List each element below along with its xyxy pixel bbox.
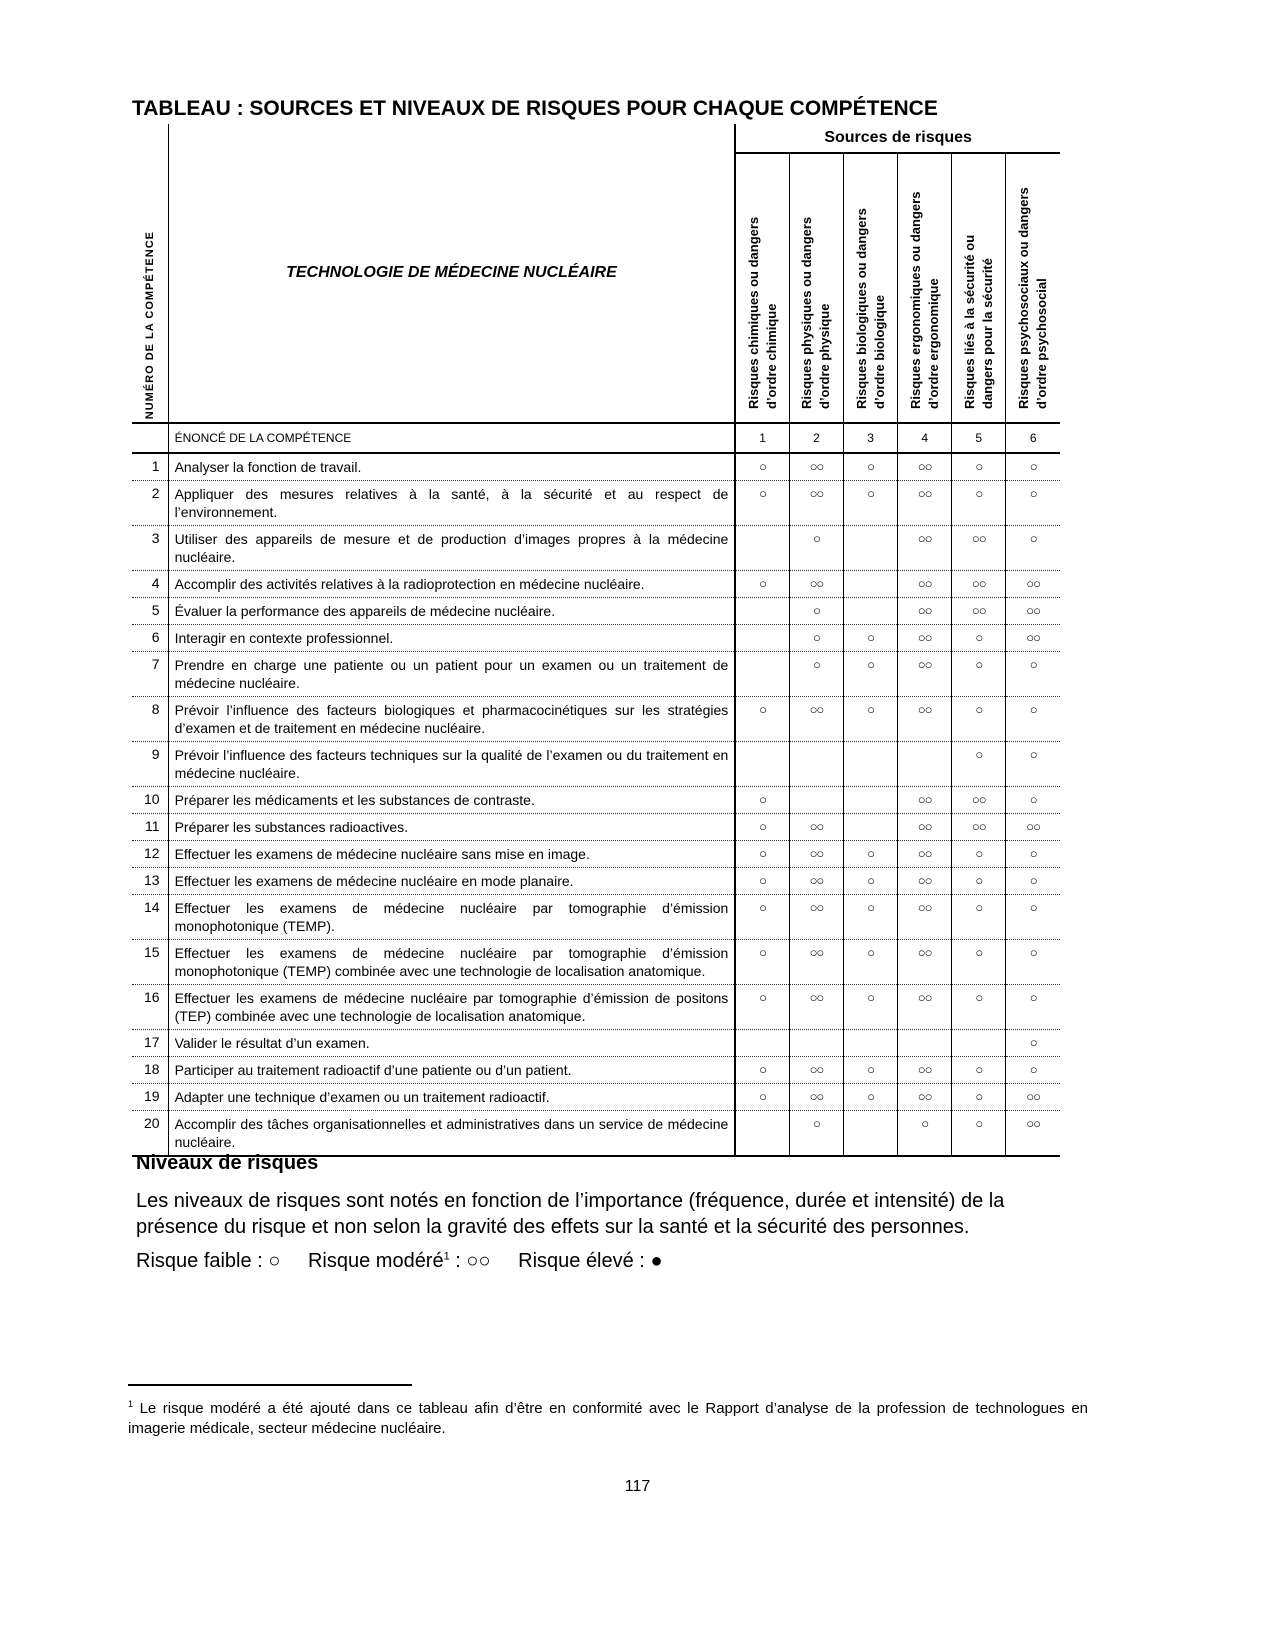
document-page: TABLEAU : SOURCES ET NIVEAUX DE RISQUES …: [0, 0, 1275, 1651]
competency-statement: Effectuer les examens de médecine nucléa…: [168, 841, 735, 868]
program-name: TECHNOLOGIE DE MÉDECINE NUCLÉAIRE: [168, 124, 735, 423]
risk-level-cell: ○: [735, 453, 789, 481]
risk-level-cell: [789, 787, 843, 814]
risk-level-cell: ○○: [1006, 625, 1060, 652]
risk-level-cell: ○○: [952, 814, 1006, 841]
low-risk-icon: ○: [268, 1250, 280, 1272]
risk-level-cell: ○: [844, 453, 898, 481]
risk-level-cell: ○○: [898, 1057, 952, 1084]
competency-statement: Effectuer les examens de médecine nucléa…: [168, 985, 735, 1030]
risk-column-number: 5: [952, 423, 1006, 453]
risk-level-cell: ○○: [952, 787, 1006, 814]
high-risk-icon: ●: [650, 1250, 662, 1272]
competency-number: 1: [132, 453, 168, 481]
risk-level-cell: [844, 571, 898, 598]
table-row: 3Utiliser des appareils de mesure et de …: [132, 526, 1060, 571]
risk-level-cell: ○○: [1006, 598, 1060, 625]
risk-level-cell: ○○: [1006, 571, 1060, 598]
risk-column-number: 3: [844, 423, 898, 453]
risk-level-cell: [735, 1111, 789, 1157]
competency-number: 11: [132, 814, 168, 841]
risk-level-cell: ○: [952, 1057, 1006, 1084]
risk-level-cell: ○○: [789, 1057, 843, 1084]
competency-number-header: NUMÉRO DE LA COMPÉTENCE: [132, 124, 168, 423]
risk-column-header: Risques psychosociaux ou dangers d’ordre…: [1006, 153, 1060, 423]
risk-level-cell: ○○: [952, 598, 1006, 625]
competency-statement: Prévoir l’influence des facteurs biologi…: [168, 697, 735, 742]
table-row: 2Appliquer des mesures relatives à la sa…: [132, 481, 1060, 526]
risk-level-cell: [844, 814, 898, 841]
risk-level-cell: ○○: [789, 841, 843, 868]
risk-level-cell: ○○: [898, 985, 952, 1030]
risk-level-cell: [735, 625, 789, 652]
risk-level-cell: ○: [1006, 1030, 1060, 1057]
risk-column-header: Risques physiques ou dangers d’ordre phy…: [789, 153, 843, 423]
risk-table: NUMÉRO DE LA COMPÉTENCE TECHNOLOGIE DE M…: [132, 124, 1060, 1157]
risk-level-cell: ○: [844, 895, 898, 940]
risk-level-cell: ○: [735, 868, 789, 895]
risk-level-cell: ○○: [898, 652, 952, 697]
risk-level-cell: [844, 526, 898, 571]
risk-level-cell: ○: [735, 895, 789, 940]
competency-statement: Accomplir des activités relatives à la r…: [168, 571, 735, 598]
risk-level-cell: ○○: [1006, 814, 1060, 841]
risk-levels-heading: Niveaux de risques: [136, 1152, 318, 1175]
risk-level-cell: ○○: [789, 697, 843, 742]
risk-level-cell: ○○: [789, 985, 843, 1030]
risk-level-cell: [844, 787, 898, 814]
risk-level-cell: ○○: [898, 841, 952, 868]
risk-level-cell: ○: [844, 625, 898, 652]
competency-number: 20: [132, 1111, 168, 1157]
enonce-header-row: ÉNONCÉ DE LA COMPÉTENCE 123456: [132, 423, 1060, 453]
risk-level-cell: ○○: [1006, 1111, 1060, 1157]
competency-number: 14: [132, 895, 168, 940]
risk-level-cell: ○○: [789, 868, 843, 895]
risk-level-cell: ○: [844, 1057, 898, 1084]
competency-number: 6: [132, 625, 168, 652]
risk-level-cell: ○: [789, 625, 843, 652]
risk-level-cell: ○: [952, 1111, 1006, 1157]
footnote-marker: 1: [128, 1399, 133, 1409]
risk-level-cell: [898, 1030, 952, 1057]
risk-level-cell: ○○: [1006, 1084, 1060, 1111]
competency-statement: Appliquer des mesures relatives à la san…: [168, 481, 735, 526]
risk-level-cell: ○○: [898, 598, 952, 625]
risk-level-cell: [735, 526, 789, 571]
table-row: 4Accomplir des activités relatives à la …: [132, 571, 1060, 598]
table-row: 18Participer au traitement radioactif d’…: [132, 1057, 1060, 1084]
risk-level-cell: ○: [735, 1084, 789, 1111]
risk-level-cell: ○: [1006, 697, 1060, 742]
risk-level-cell: ○○: [898, 814, 952, 841]
risk-level-cell: ○○: [898, 895, 952, 940]
risk-level-cell: ○○: [789, 453, 843, 481]
risk-level-cell: ○○: [898, 787, 952, 814]
competency-number: 5: [132, 598, 168, 625]
risk-level-cell: ○○: [898, 940, 952, 985]
risk-level-cell: ○: [1006, 985, 1060, 1030]
competency-number: 19: [132, 1084, 168, 1111]
risk-column-number: 4: [898, 423, 952, 453]
risk-level-cell: ○: [952, 625, 1006, 652]
risk-level-cell: ○○: [789, 940, 843, 985]
competency-number: 7: [132, 652, 168, 697]
risk-level-cell: ○: [952, 985, 1006, 1030]
competency-number: 16: [132, 985, 168, 1030]
risk-level-cell: ○: [952, 940, 1006, 985]
risk-level-cell: ○: [789, 598, 843, 625]
risk-level-cell: ○○: [789, 814, 843, 841]
table-row: 11Préparer les substances radioactives.○…: [132, 814, 1060, 841]
risk-level-cell: [844, 1030, 898, 1057]
risk-level-cell: ○: [952, 868, 1006, 895]
moderate-risk-icon: : ○○: [455, 1250, 490, 1272]
risk-level-cell: ○: [844, 652, 898, 697]
risk-level-cell: ○○: [952, 571, 1006, 598]
risk-level-cell: ○○: [898, 571, 952, 598]
risk-level-cell: ○○: [898, 1084, 952, 1111]
page-number: 117: [0, 1478, 1275, 1496]
competency-statement: Valider le résultat d’un examen.: [168, 1030, 735, 1057]
competency-statement: Préparer les substances radioactives.: [168, 814, 735, 841]
risk-level-cell: [844, 598, 898, 625]
risk-level-cell: ○: [789, 652, 843, 697]
risk-level-cell: ○○: [898, 868, 952, 895]
risk-level-cell: ○: [952, 697, 1006, 742]
subhead-num-spacer: [132, 423, 168, 453]
risk-level-cell: ○: [1006, 895, 1060, 940]
competency-statement: Adapter une technique d’examen ou un tra…: [168, 1084, 735, 1111]
table-row: 7Prendre en charge une patiente ou un pa…: [132, 652, 1060, 697]
risk-level-cell: ○: [844, 868, 898, 895]
table-title: TABLEAU : SOURCES ET NIVEAUX DE RISQUES …: [132, 96, 1060, 122]
risk-level-cell: ○: [735, 814, 789, 841]
legend-moderate: Risque modéré1 : ○○: [308, 1250, 496, 1272]
risk-level-cell: ○: [844, 481, 898, 526]
competency-statement: Effectuer les examens de médecine nucléa…: [168, 868, 735, 895]
risk-level-cell: ○: [1006, 868, 1060, 895]
competency-statement: Effectuer les examens de médecine nucléa…: [168, 940, 735, 985]
competency-number: 17: [132, 1030, 168, 1057]
risk-column-number: 6: [1006, 423, 1060, 453]
table-row: 13Effectuer les examens de médecine nucl…: [132, 868, 1060, 895]
table-row: 10Préparer les médicaments et les substa…: [132, 787, 1060, 814]
risk-level-cell: ○○: [789, 571, 843, 598]
risk-levels-paragraph: Les niveaux de risques sont notés en fon…: [136, 1188, 1056, 1240]
competency-statement: Utiliser des appareils de mesure et de p…: [168, 526, 735, 571]
footnote: 1 Le risque modéré a été ajouté dans ce …: [128, 1394, 1088, 1439]
risk-column-header: Risques liés à la sécurité ou dangers po…: [952, 153, 1006, 423]
risk-level-cell: ○: [844, 841, 898, 868]
risk-level-cell: ○: [735, 985, 789, 1030]
table-row: 8Prévoir l’influence des facteurs biolog…: [132, 697, 1060, 742]
table-row: 12Effectuer les examens de médecine nucl…: [132, 841, 1060, 868]
risk-column-header: Risques biologiques ou dangers d’ordre b…: [844, 153, 898, 423]
competency-statement: Préparer les médicaments et les substanc…: [168, 787, 735, 814]
table-row: 14Effectuer les examens de médecine nucl…: [132, 895, 1060, 940]
risk-level-cell: ○: [735, 697, 789, 742]
risk-level-cell: ○○: [952, 526, 1006, 571]
risk-level-cell: ○○: [898, 697, 952, 742]
risk-column-number: 1: [735, 423, 789, 453]
risk-level-cell: ○○: [789, 481, 843, 526]
table-row: 19Adapter une technique d’examen ou un t…: [132, 1084, 1060, 1111]
risk-level-cell: ○: [844, 940, 898, 985]
risk-level-cell: ○: [735, 940, 789, 985]
table-row: 15Effectuer les examens de médecine nucl…: [132, 940, 1060, 985]
risk-level-cell: ○: [1006, 652, 1060, 697]
table-row: 20Accomplir des tâches organisationnelle…: [132, 1111, 1060, 1157]
competency-statement: Effectuer les examens de médecine nucléa…: [168, 895, 735, 940]
risk-level-cell: [735, 652, 789, 697]
risk-level-cell: ○○: [898, 526, 952, 571]
risk-level-cell: ○: [735, 571, 789, 598]
competency-rows: 1Analyser la fonction de travail.○○○○○○○…: [132, 453, 1060, 1156]
competency-number: 8: [132, 697, 168, 742]
risk-column-number: 2: [789, 423, 843, 453]
sources-header: Sources de risques: [735, 124, 1060, 153]
risk-level-cell: ○: [1006, 742, 1060, 787]
risk-level-cell: ○○: [898, 481, 952, 526]
risk-level-cell: ○: [735, 841, 789, 868]
table-row: 5Évaluer la performance des appareils de…: [132, 598, 1060, 625]
table-row: 16Effectuer les examens de médecine nucl…: [132, 985, 1060, 1030]
legend-low: Risque faible : ○: [136, 1250, 286, 1272]
risk-level-cell: [952, 1030, 1006, 1057]
risk-level-cell: [735, 742, 789, 787]
table-row: 6Interagir en contexte professionnel.○○○…: [132, 625, 1060, 652]
competency-statement: Évaluer la performance des appareils de …: [168, 598, 735, 625]
risk-level-cell: ○: [1006, 841, 1060, 868]
risk-level-cell: ○: [844, 1084, 898, 1111]
table-row: 1Analyser la fonction de travail.○○○○○○○…: [132, 453, 1060, 481]
risk-level-cell: ○: [952, 742, 1006, 787]
competency-statement: Accomplir des tâches organisationnelles …: [168, 1111, 735, 1157]
risk-level-cell: [789, 742, 843, 787]
competency-statement: Prévoir l’influence des facteurs techniq…: [168, 742, 735, 787]
risk-level-cell: ○○: [789, 1084, 843, 1111]
risk-level-cell: ○: [735, 1057, 789, 1084]
risk-level-cell: ○: [844, 985, 898, 1030]
competency-number: 3: [132, 526, 168, 571]
competency-number: 4: [132, 571, 168, 598]
competency-number: 10: [132, 787, 168, 814]
risk-level-cell: ○: [1006, 1057, 1060, 1084]
risk-level-cell: ○: [952, 652, 1006, 697]
competency-statement: Prendre en charge une patiente ou un pat…: [168, 652, 735, 697]
risk-level-cell: ○: [789, 526, 843, 571]
footnote-ref[interactable]: 1: [444, 1250, 450, 1262]
table-row: 9Prévoir l’influence des facteurs techni…: [132, 742, 1060, 787]
competency-statement: Analyser la fonction de travail.: [168, 453, 735, 481]
risk-level-cell: ○: [844, 697, 898, 742]
risk-level-cell: ○: [952, 481, 1006, 526]
risk-level-cell: [789, 1030, 843, 1057]
risk-level-cell: ○○: [898, 625, 952, 652]
risk-level-cell: ○○: [898, 453, 952, 481]
competency-statement: Interagir en contexte professionnel.: [168, 625, 735, 652]
table-row: 17Valider le résultat d’un examen.○: [132, 1030, 1060, 1057]
risk-level-cell: [844, 1111, 898, 1157]
risk-column-header: Risques chimiques ou dangers d’ordre chi…: [735, 153, 789, 423]
risk-level-cell: [735, 1030, 789, 1057]
competency-number: 12: [132, 841, 168, 868]
risk-level-cell: ○○: [789, 895, 843, 940]
competency-number: 13: [132, 868, 168, 895]
risk-level-cell: ○: [952, 895, 1006, 940]
risk-level-cell: ○: [898, 1111, 952, 1157]
competency-number: 9: [132, 742, 168, 787]
risk-level-cell: ○: [735, 481, 789, 526]
risk-level-cell: ○: [952, 841, 1006, 868]
risk-level-cell: ○: [1006, 940, 1060, 985]
risk-level-cell: [844, 742, 898, 787]
risk-level-cell: ○: [789, 1111, 843, 1157]
risk-level-cell: [898, 742, 952, 787]
footnote-text: Le risque modéré a été ajouté dans ce ta…: [128, 1400, 1088, 1437]
risk-level-cell: ○: [952, 453, 1006, 481]
competency-statement: Participer au traitement radioactif d’un…: [168, 1057, 735, 1084]
competency-number: 18: [132, 1057, 168, 1084]
footnote-divider: [128, 1384, 412, 1386]
risk-level-cell: ○: [952, 1084, 1006, 1111]
competency-number: 2: [132, 481, 168, 526]
legend-high: Risque élevé : ●: [518, 1250, 662, 1272]
risk-level-cell: ○: [1006, 453, 1060, 481]
competency-number: 15: [132, 940, 168, 985]
risk-level-cell: ○: [1006, 481, 1060, 526]
risk-column-header: Risques ergonomiques ou dangers d’ordre …: [898, 153, 952, 423]
risk-legend: Risque faible : ○ Risque modéré1 : ○○ Ri…: [136, 1250, 685, 1273]
risk-level-cell: ○: [1006, 526, 1060, 571]
risk-level-cell: ○: [1006, 787, 1060, 814]
risk-level-cell: ○: [735, 787, 789, 814]
risk-level-cell: [735, 598, 789, 625]
enonce-header: ÉNONCÉ DE LA COMPÉTENCE: [168, 423, 735, 453]
